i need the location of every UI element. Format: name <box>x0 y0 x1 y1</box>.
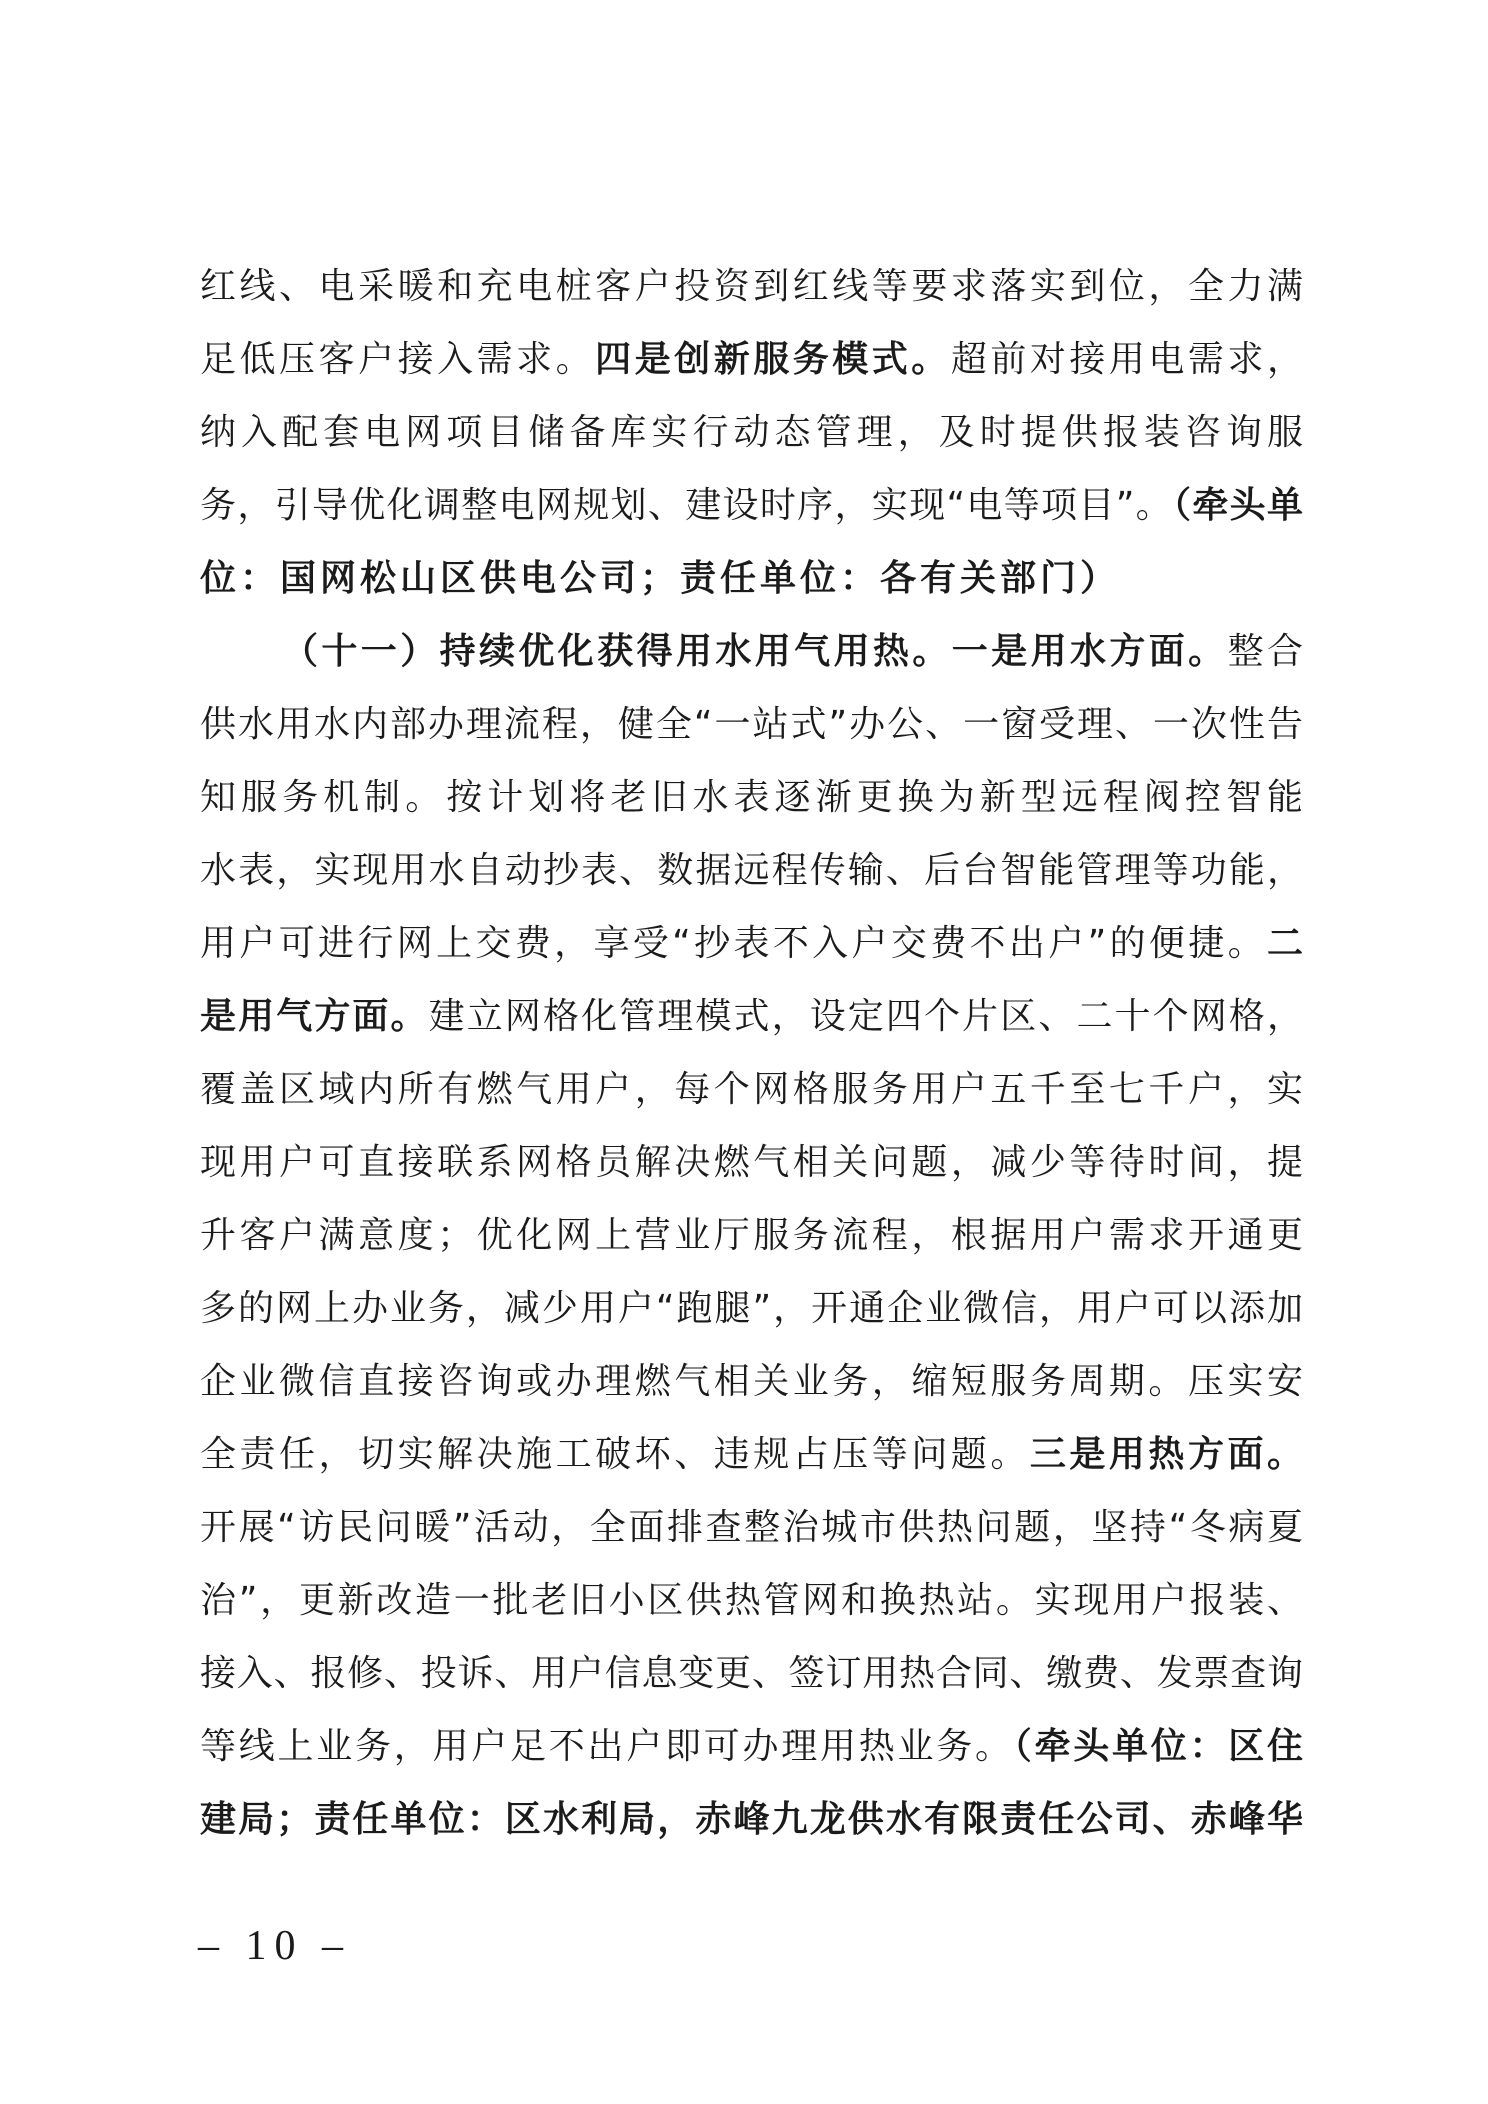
text-line: 红线、电采暖和充电桩客户投资到红线等要求落实到位，全力满 <box>200 250 1303 323</box>
text-line: 位：国网松山区供电公司；责任单位：各有关部门） <box>200 542 1303 615</box>
page-number: – 10 – <box>198 1922 351 1970</box>
document-text-block: 红线、电采暖和充电桩客户投资到红线等要求落实到位，全力满 足低压客户接入需求。四… <box>200 250 1303 1856</box>
text-run: 接入、报修、投诉、用户信息变更、签订用热合同、缴费、发票查询 <box>200 1653 1303 1694</box>
text-line: 多的网上办业务，减少用户“跑腿”，开通企业微信，用户可以添加 <box>200 1272 1303 1345</box>
text-run: 现用户可直接联系网格员解决燃气相关问题，减少等待时间，提 <box>200 1142 1303 1183</box>
text-run: 治”，更新改造一批老旧小区供热管网和换热站。实现用户报装、 <box>200 1580 1303 1621</box>
document-page: 红线、电采暖和充电桩客户投资到红线等要求落实到位，全力满 足低压客户接入需求。四… <box>0 0 1488 2104</box>
text-run: 企业微信直接咨询或办理燃气相关业务，缩短服务周期。压实安 <box>200 1361 1303 1402</box>
text-run-bold: 三是用热方面。 <box>1030 1434 1303 1475</box>
text-run: 超前对接用电需求， <box>951 339 1303 380</box>
text-run: 足低压客户接入需求。 <box>200 339 595 380</box>
text-run-bold: 建局；责任单位：区水利局，赤峰九龙供水有限责任公司、赤峰华 <box>200 1799 1303 1840</box>
text-line: 全责任，切实解决施工破坏、违规占压等问题。三是用热方面。 <box>200 1418 1303 1491</box>
text-line: 建局；责任单位：区水利局，赤峰九龙供水有限责任公司、赤峰华 <box>200 1783 1303 1856</box>
text-line: 足低压客户接入需求。四是创新服务模式。超前对接用电需求， <box>200 323 1303 396</box>
text-line: 知服务机制。按计划将老旧水表逐渐更换为新型远程阀控智能 <box>200 761 1303 834</box>
text-run: 整合 <box>1228 631 1303 672</box>
text-line: 水表，实现用水自动抄表、数据远程传输、后台智能管理等功能， <box>200 834 1303 907</box>
text-run-bold: 四是创新服务模式。 <box>595 339 951 380</box>
text-run: 红线、电采暖和充电桩客户投资到红线等要求落实到位，全力满 <box>200 266 1303 307</box>
text-run-bold: （牵头单 <box>1173 485 1303 526</box>
text-run: 用户可进行网上交费，享受“抄表不入户交费不出户”的便捷。 <box>200 923 1267 964</box>
text-run-bold: （牵头单位：区住 <box>1014 1726 1303 1767</box>
text-run: 供水用水内部办理流程，健全“一站式”办公、一窗受理、一次性告 <box>200 704 1303 745</box>
text-run-bold: （十一）持续优化获得用水用气用热。一是用水方面。 <box>282 631 1228 672</box>
text-run: 纳入配套电网项目储备库实行动态管理，及时提供报装咨询服 <box>200 412 1303 453</box>
text-line: 覆盖区域内所有燃气用户，每个网格服务用户五千至七千户，实 <box>200 1053 1303 1126</box>
text-line: 接入、报修、投诉、用户信息变更、签订用热合同、缴费、发票查询 <box>200 1637 1303 1710</box>
text-line-paragraph-start: （十一）持续优化获得用水用气用热。一是用水方面。整合 <box>200 615 1303 688</box>
text-run-bold: 是用气方面。 <box>200 996 429 1037</box>
text-run: 水表，实现用水自动抄表、数据远程传输、后台智能管理等功能， <box>200 850 1303 891</box>
text-run-bold: 二 <box>1267 923 1303 964</box>
text-line: 供水用水内部办理流程，健全“一站式”办公、一窗受理、一次性告 <box>200 688 1303 761</box>
text-line: 务，引导优化调整电网规划、建设时序，实现“电等项目”。（牵头单 <box>200 469 1303 542</box>
text-line: 现用户可直接联系网格员解决燃气相关问题，减少等待时间，提 <box>200 1126 1303 1199</box>
text-line: 是用气方面。建立网格化管理模式，设定四个片区、二十个网格， <box>200 980 1303 1053</box>
text-run: 多的网上办业务，减少用户“跑腿”，开通企业微信，用户可以添加 <box>200 1288 1303 1329</box>
text-line: 治”，更新改造一批老旧小区供热管网和换热站。实现用户报装、 <box>200 1564 1303 1637</box>
text-run: 务，引导优化调整电网规划、建设时序，实现“电等项目”。 <box>200 485 1173 526</box>
text-run: 建立网格化管理模式，设定四个片区、二十个网格， <box>429 996 1303 1037</box>
text-run: 知服务机制。按计划将老旧水表逐渐更换为新型远程阀控智能 <box>200 777 1303 818</box>
text-line: 用户可进行网上交费，享受“抄表不入户交费不出户”的便捷。二 <box>200 907 1303 980</box>
text-line: 纳入配套电网项目储备库实行动态管理，及时提供报装咨询服 <box>200 396 1303 469</box>
text-line: 企业微信直接咨询或办理燃气相关业务，缩短服务周期。压实安 <box>200 1345 1303 1418</box>
text-line: 升客户满意度；优化网上营业厅服务流程，根据用户需求开通更 <box>200 1199 1303 1272</box>
text-run: 全责任，切实解决施工破坏、违规占压等问题。 <box>200 1434 1030 1475</box>
text-line: 开展“访民问暖”活动，全面排查整治城市供热问题，坚持“冬病夏 <box>200 1491 1303 1564</box>
text-run: 开展“访民问暖”活动，全面排查整治城市供热问题，坚持“冬病夏 <box>200 1507 1303 1548</box>
text-run: 升客户满意度；优化网上营业厅服务流程，根据用户需求开通更 <box>200 1215 1303 1256</box>
text-run: 等线上业务，用户足不出户即可办理用热业务。 <box>200 1726 1014 1767</box>
text-line: 等线上业务，用户足不出户即可办理用热业务。（牵头单位：区住 <box>200 1710 1303 1783</box>
text-run: 覆盖区域内所有燃气用户，每个网格服务用户五千至七千户，实 <box>200 1069 1303 1110</box>
text-run-bold: 位：国网松山区供电公司；责任单位：各有关部门） <box>200 558 1120 599</box>
